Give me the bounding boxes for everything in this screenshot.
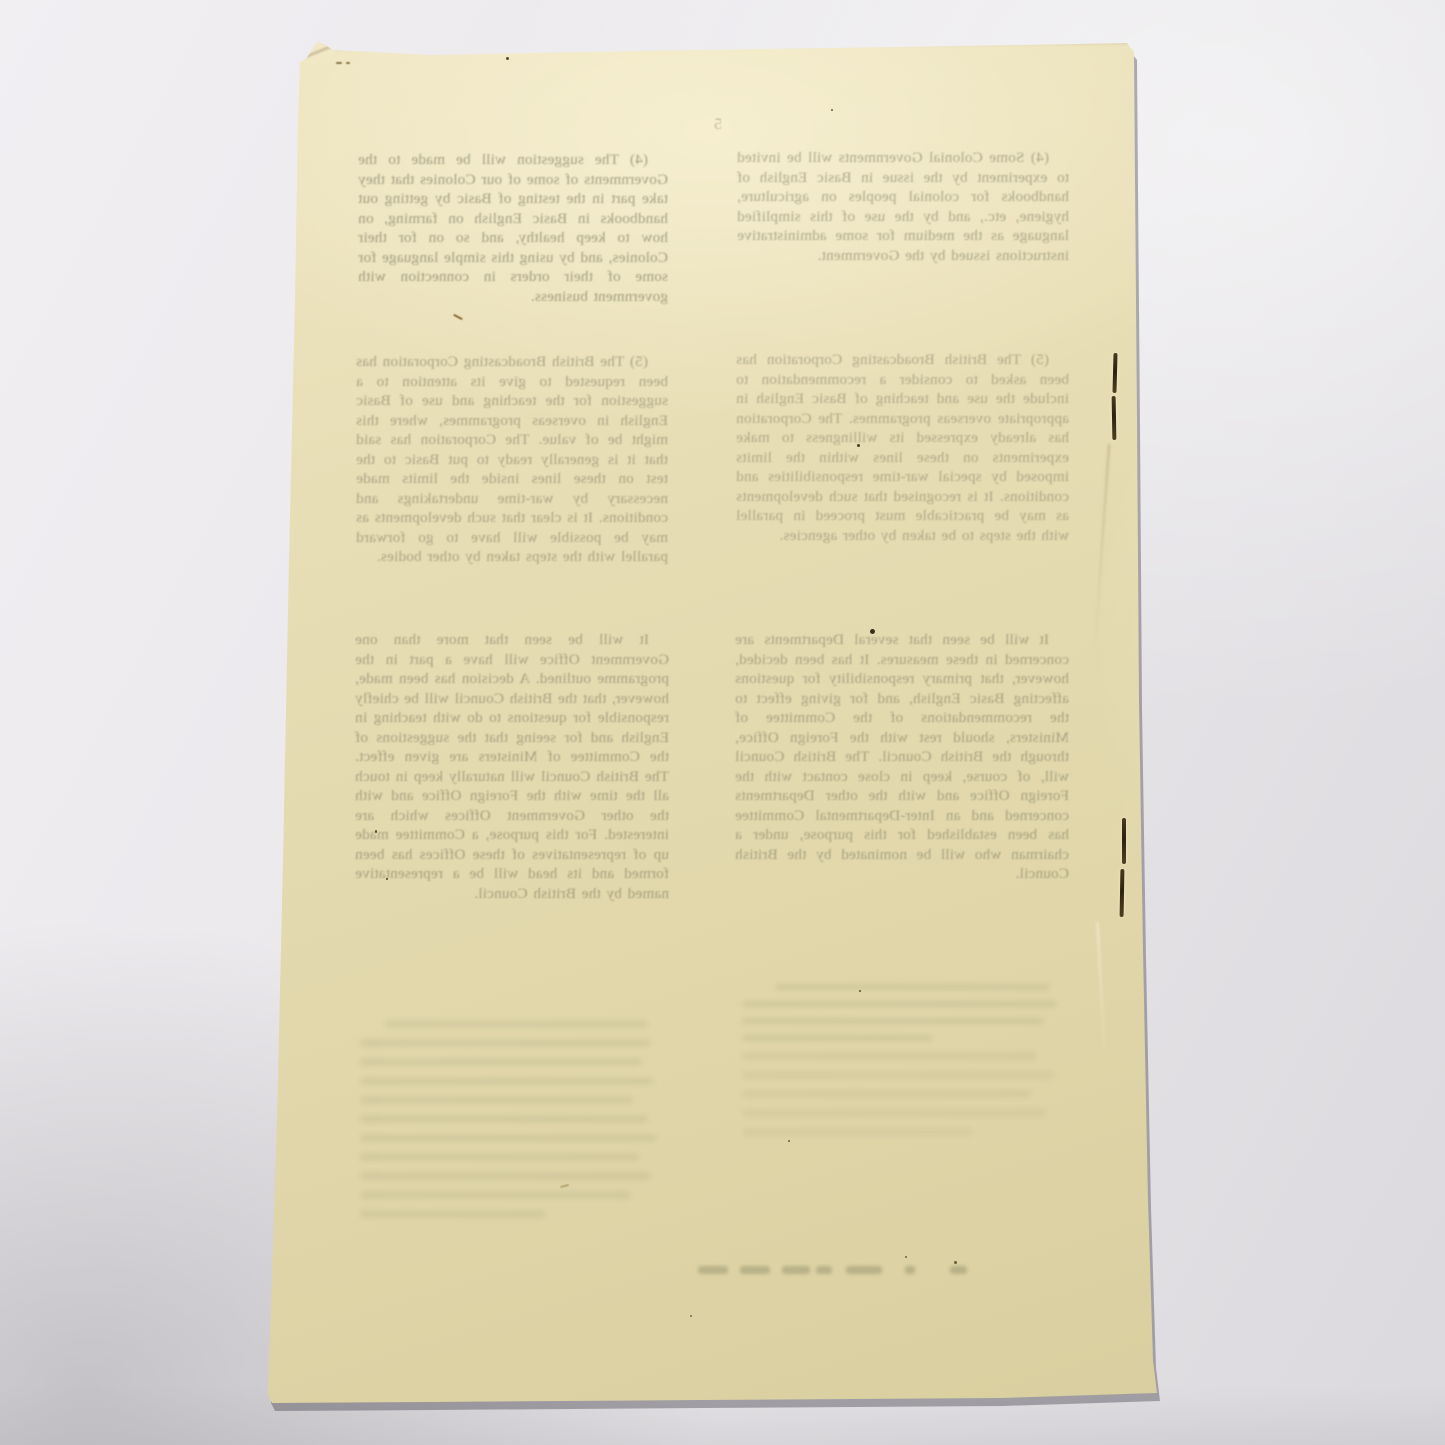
staple-top-upper-leg	[1112, 353, 1117, 393]
page-number: 5	[702, 116, 734, 134]
photograph: 5 (4) The suggestion will be made to the…	[0, 0, 1445, 1445]
ghost-footnote-block	[742, 984, 1070, 1147]
showthrough-paragraph: It will be seen that several Departments…	[735, 630, 1069, 884]
paper-speck	[905, 1256, 907, 1258]
paper-speck	[857, 444, 860, 447]
showthrough-paragraph: (4) Some Colonial Governments will be in…	[737, 148, 1069, 265]
staple-top-lower-leg	[1112, 396, 1117, 440]
showthrough-paragraph: (4) The suggestion will be made to the G…	[358, 150, 668, 306]
paper-fiber	[336, 62, 342, 64]
ghost-text-block	[360, 1020, 660, 1229]
showthrough-paragraph: (5) The British Broadcasting Corporation…	[356, 352, 668, 567]
printers-imprint	[698, 1264, 970, 1276]
staple-crease	[1094, 444, 1110, 649]
paper-speck	[954, 1261, 957, 1264]
paper-speck	[870, 629, 875, 634]
staple-bottom-lower-leg	[1120, 869, 1125, 917]
paper-speck	[859, 990, 861, 992]
paper-speck	[690, 1315, 692, 1317]
paper-speck	[506, 57, 509, 60]
staple-bottom-upper-leg	[1122, 818, 1126, 864]
staple-scratch	[1096, 922, 1105, 1057]
paper-speck	[375, 830, 377, 833]
paper-speck	[788, 1140, 790, 1142]
showthrough-paragraph: (5) The British Broadcasting Corporation…	[736, 350, 1069, 545]
showthrough-paragraph: It will be seen that more than one Gover…	[355, 630, 669, 903]
paper-speck	[386, 878, 388, 880]
paper-speck	[831, 109, 833, 111]
paper-fiber	[453, 314, 463, 320]
paper-fiber	[346, 62, 350, 64]
